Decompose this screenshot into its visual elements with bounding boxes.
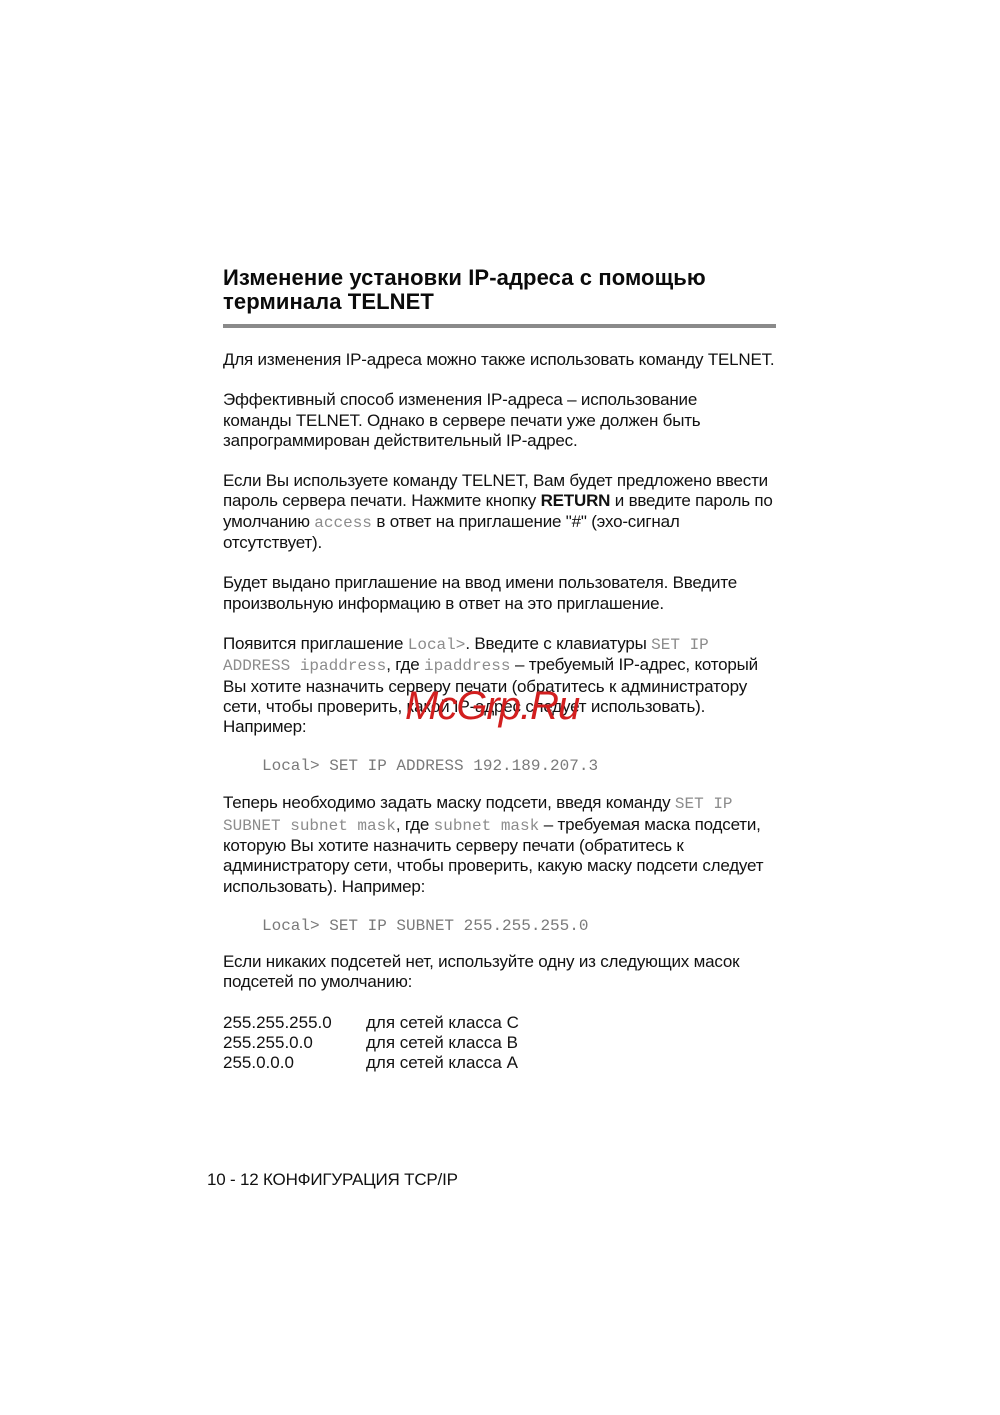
local-prompt-code: Local> xyxy=(408,636,466,654)
mask-description: для сетей класса B xyxy=(366,1033,519,1053)
mask-row: 255.255.0.0 для сетей класса B xyxy=(223,1033,519,1053)
ipaddress-code: ipaddress xyxy=(424,657,510,675)
paragraph-effective-method: Эффективный способ изменения IP-адреса –… xyxy=(223,390,763,451)
p5-text-2: . Введите с клавиатуры xyxy=(465,634,651,653)
title-divider xyxy=(223,324,776,328)
mask-description: для сетей класса A xyxy=(366,1053,519,1073)
mask-description: для сетей класса C xyxy=(366,1013,519,1033)
section-title: Изменение установки IP-адреса с помощью … xyxy=(223,266,783,314)
p6-text-1: Теперь необходимо задать маску подсети, … xyxy=(223,793,675,812)
section-title-line2: терминала TELNET xyxy=(223,289,434,314)
mask-value: 255.255.255.0 xyxy=(223,1013,366,1033)
paragraph-set-ip: Появится приглашение Local>. Введите с к… xyxy=(223,634,775,737)
document-page: Изменение установки IP-адреса с помощью … xyxy=(223,266,783,1073)
default-mask-table: 255.255.255.0 для сетей класса C 255.255… xyxy=(223,1013,519,1074)
page-footer: 10 - 12 КОНФИГУРАЦИЯ TCP/IP xyxy=(207,1170,458,1190)
paragraph-subnet: Теперь необходимо задать маску подсети, … xyxy=(223,793,775,896)
default-password-code: access xyxy=(314,514,372,532)
paragraph-intro: Для изменения IP-адреса можно также испо… xyxy=(223,350,775,370)
code-example-ip: Local> SET IP ADDRESS 192.189.207.3 xyxy=(223,756,783,776)
mask-row: 255.255.255.0 для сетей класса C xyxy=(223,1013,519,1033)
mask-row: 255.0.0.0 для сетей класса A xyxy=(223,1053,519,1073)
return-key-label: RETURN xyxy=(541,491,611,510)
paragraph-default-masks: Если никаких подсетей нет, используйте о… xyxy=(223,952,763,993)
paragraph-username-prompt: Будет выдано приглашение на ввод имени п… xyxy=(223,573,753,614)
paragraph-password: Если Вы используете команду TELNET, Вам … xyxy=(223,471,779,553)
p6-text-2: , где xyxy=(396,815,434,834)
mask-value: 255.0.0.0 xyxy=(223,1053,366,1073)
mask-value: 255.255.0.0 xyxy=(223,1033,366,1053)
subnet-mask-code: subnet mask xyxy=(434,817,540,835)
code-example-subnet: Local> SET IP SUBNET 255.255.255.0 xyxy=(223,916,783,936)
p5-text-1: Появится приглашение xyxy=(223,634,408,653)
p5-text-3: , где xyxy=(386,655,424,674)
section-title-line1: Изменение установки IP-адреса с помощью xyxy=(223,265,706,290)
